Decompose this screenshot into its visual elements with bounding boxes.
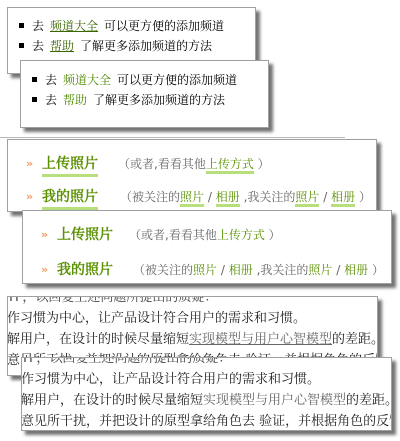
hint-text: ） [258, 157, 270, 171]
tip-prefix: 去 [45, 93, 57, 107]
article-line: 作习惯为中心，让产品设计符合用户的需求和习惯。 [21, 369, 390, 390]
channel-tips-list: 去频道大全可以更方便的添加频道 去帮助了解更多添加频道的方法 [21, 70, 268, 110]
separator: / [221, 263, 225, 277]
article-text: 的差距。 [346, 393, 392, 408]
article-box-plain: TF，以回复上述问题所提出的质疑： 作习惯为中心，让产品设计符合用户的需求和习惯… [21, 357, 392, 431]
followed-photos-link[interactable]: 照片 [180, 190, 204, 207]
photos-box-plain: » 上传照片 （或者,看看其他上传方式 ） » 我的照片 （被关注的照片 / 相… [22, 210, 392, 284]
square-bullet-icon [19, 43, 24, 48]
tip-suffix: 了解更多添加频道的方法 [93, 93, 225, 107]
square-bullet-icon [19, 23, 24, 28]
tip-suffix: 了解更多添加频道的方法 [80, 39, 212, 53]
square-bullet-icon [32, 77, 37, 82]
separator: / [323, 190, 327, 204]
article-line: 意见所干扰，并把设计的原型拿给角色去 验证，并根据角色的反馈 [21, 411, 390, 431]
help-link[interactable]: 帮助 [50, 39, 74, 53]
my-photos-row: » 我的照片 （被关注的照片 / 相册 ,我关注的照片 / 相册 ） [23, 260, 391, 284]
upload-photo-row: » 上传照片 （或者,看看其他上传方式 ） [8, 154, 376, 190]
help-link[interactable]: 帮助 [63, 93, 87, 107]
upload-methods-link[interactable]: 上传方式 [217, 228, 265, 242]
hint-text: （被关注的 [133, 263, 193, 277]
upload-photo-row: » 上传照片 （或者,看看其他上传方式 ） [23, 225, 391, 261]
hint-text: ,我关注的 [244, 190, 296, 204]
double-chevron-right-icon: » [26, 187, 31, 207]
list-item: 去帮助了解更多添加频道的方法 [21, 90, 268, 110]
separator: / [208, 190, 212, 204]
hint-text: （或者,看看其他 [129, 228, 217, 242]
following-photos-link[interactable]: 照片 [308, 263, 332, 277]
following-photos-link[interactable]: 照片 [295, 190, 319, 207]
following-albums-link[interactable]: 相册 [344, 263, 368, 277]
double-chevron-right-icon: » [26, 154, 31, 174]
tip-prefix: 去 [45, 73, 57, 87]
tip-suffix: 可以更方便的添加频道 [117, 73, 237, 87]
my-photos-hint: （被关注的照片 / 相册 ,我关注的照片 / 相册 ） [120, 187, 371, 207]
tip-suffix: 可以更方便的添加频道 [104, 19, 224, 33]
double-chevron-right-icon: » [41, 225, 46, 245]
my-photos-row: » 我的照片 （被关注的照片 / 相册 ,我关注的照片 / 相册 ） [8, 187, 376, 212]
list-item: 去频道大全可以更方便的添加频道 [8, 16, 255, 36]
hint-text: ） [372, 263, 384, 277]
article-line: 解用户，在设计的时候尽量缩短实现模型与用户心智模型的差距。 [21, 390, 390, 411]
article-line: 解用户，在设计的时候尽量缩短实现模型与用户心智模型的差距。 [7, 329, 376, 350]
hint-text: ） [269, 228, 281, 242]
hint-text: （被关注的 [120, 190, 180, 204]
channel-tips-box-plain: 去频道大全可以更方便的添加频道 去帮助了解更多添加频道的方法 [20, 60, 269, 128]
upload-photo-link[interactable]: 上传照片 [57, 225, 113, 245]
tip-prefix: 去 [32, 39, 44, 53]
divider [0, 137, 345, 138]
photos-box-underlined: » 上传照片 （或者,看看其他上传方式 ） » 我的照片 （被关注的照片 / 相… [7, 139, 377, 212]
channel-directory-link[interactable]: 频道大全 [63, 73, 111, 87]
article-text: 的差距。 [332, 332, 378, 347]
square-bullet-icon [32, 97, 37, 102]
my-photos-hint: （被关注的照片 / 相册 ,我关注的照片 / 相册 ） [133, 260, 384, 280]
article-line: 作习惯为中心，让产品设计符合用户的需求和习惯。 [7, 308, 376, 329]
channel-directory-link[interactable]: 频道大全 [50, 19, 98, 33]
hint-text: ） [359, 190, 371, 204]
my-photos-link[interactable]: 我的照片 [42, 187, 98, 210]
upload-hint: （或者,看看其他上传方式 ） [118, 154, 270, 174]
followed-albums-link[interactable]: 相册 [216, 190, 240, 207]
mental-model-link[interactable]: 实现模型与用户心智模型 [189, 332, 332, 347]
list-item: 去帮助了解更多添加频道的方法 [8, 36, 255, 56]
upload-hint: （或者,看看其他上传方式 ） [129, 225, 281, 245]
tip-prefix: 去 [32, 19, 44, 33]
list-item: 去频道大全可以更方便的添加频道 [21, 70, 268, 90]
upload-methods-link[interactable]: 上传方式 [206, 157, 254, 174]
my-photos-link[interactable]: 我的照片 [57, 260, 113, 280]
article-text: 解用户，在设计的时候尽量缩短 [21, 393, 203, 408]
article-line: TF，以回复上述问题所提出的质疑： [21, 357, 390, 369]
article-text: 解用户，在设计的时候尽量缩短 [7, 332, 189, 347]
followed-albums-link[interactable]: 相册 [229, 263, 253, 277]
upload-photo-link[interactable]: 上传照片 [42, 154, 98, 177]
double-chevron-right-icon: » [41, 260, 46, 280]
followed-photos-link[interactable]: 照片 [193, 263, 217, 277]
following-albums-link[interactable]: 相册 [331, 190, 355, 207]
separator: / [336, 263, 340, 277]
channel-tips-list: 去频道大全可以更方便的添加频道 去帮助了解更多添加频道的方法 [8, 16, 255, 56]
hint-text: ,我关注的 [257, 263, 309, 277]
article-line: TF，以回复上述问题所提出的质疑： [7, 296, 376, 308]
mental-model-link[interactable]: 实现模型与用户心智模型 [203, 393, 346, 408]
hint-text: （或者,看看其他 [118, 157, 206, 171]
